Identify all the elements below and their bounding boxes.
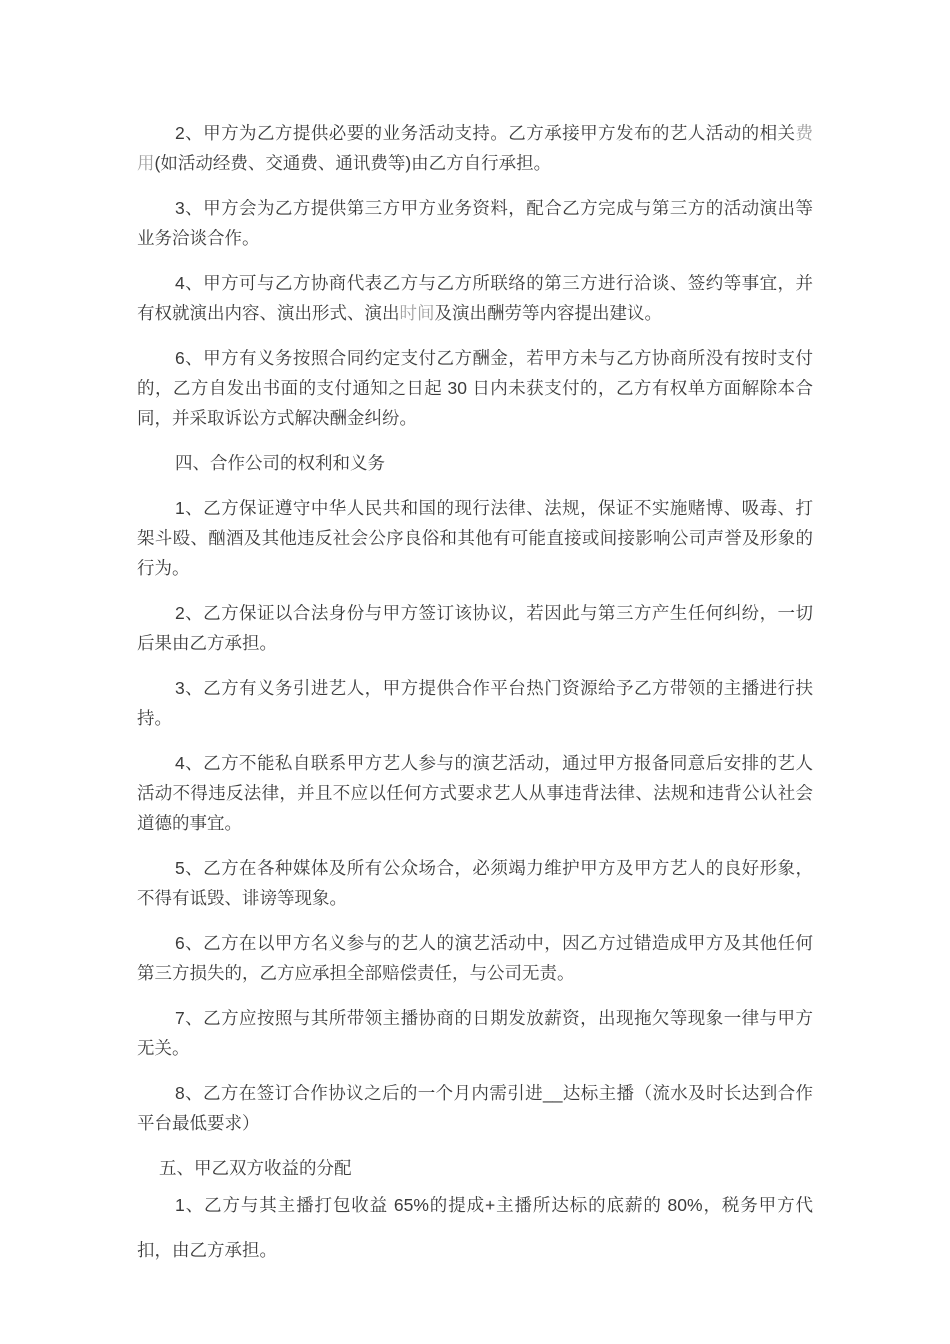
contract-paragraph: 2、乙方保证以合法身份与甲方签订该协议，若因此与第三方产生任何纠纷，一切后果由乙… [137, 598, 813, 658]
text-run: (如活动经费、交通费、通讯费等)由乙方自行承担。 [155, 153, 552, 173]
contract-paragraph: 1、乙方保证遵守中华人民共和国的现行法律、法规，保证不实施赌博、吸毒、打架斗殴、… [137, 493, 813, 583]
contract-paragraph: 5、乙方在各种媒体及所有公众场合，必须竭力维护甲方及甲方艺人的良好形象，不得有诋… [137, 853, 813, 913]
text-run: 6、甲方有义务按照合同约定支付乙方酬金，若甲方未与乙方协商所没有按时支付的，乙方… [137, 348, 813, 428]
contract-paragraph: 1、乙方与其主播打包收益 65%的提成+主播所达标的底薪的 80%，税务甲方代扣… [137, 1183, 813, 1273]
highlighted-term: 时间 [400, 303, 435, 323]
text-run: 8、乙方在签订合作协议之后的一个月内需引进__达标主播（流水及时长达到合作平台最… [137, 1083, 813, 1133]
contract-page: 2、甲方为乙方提供必要的业务活动支持。乙方承接甲方发布的艺人活动的相关费用(如活… [0, 0, 950, 1344]
section-heading: 五、甲乙双方收益的分配 [137, 1153, 813, 1183]
text-run: 3、乙方有义务引进艺人，甲方提供合作平台热门资源给予乙方带领的主播进行扶持。 [137, 678, 813, 728]
contract-paragraph: 7、乙方应按照与其所带领主播协商的日期发放薪资，出现拖欠等现象一律与甲方无关。 [137, 1003, 813, 1063]
text-run: 2、乙方保证以合法身份与甲方签订该协议，若因此与第三方产生任何纠纷，一切后果由乙… [137, 603, 813, 653]
text-run: 6、乙方在以甲方名义参与的艺人的演艺活动中，因乙方过错造成甲方及其他任何第三方损… [137, 933, 813, 983]
text-run: 1、乙方与其主播打包收益 65%的提成+主播所达标的底薪的 80%，税务甲方代扣… [137, 1195, 813, 1260]
text-run: 2、甲方为乙方提供必要的业务活动支持。乙方承接甲方发布的艺人活动的相关 [175, 123, 796, 143]
text-run: 7、乙方应按照与其所带领主播协商的日期发放薪资，出现拖欠等现象一律与甲方无关。 [137, 1008, 813, 1058]
text-run: 3、甲方会为乙方提供第三方甲方业务资料，配合乙方完成与第三方的活动演出等业务洽谈… [137, 198, 813, 248]
text-run: 及演出酬劳等内容提出建议。 [435, 303, 663, 323]
text-run: 四、合作公司的权利和义务 [175, 453, 385, 473]
contract-paragraph: 3、乙方有义务引进艺人，甲方提供合作平台热门资源给予乙方带领的主播进行扶持。 [137, 673, 813, 733]
contract-paragraph: 4、甲方可与乙方协商代表乙方与乙方所联络的第三方进行洽谈、签约等事宜，并有权就演… [137, 268, 813, 328]
contract-paragraph: 6、甲方有义务按照合同约定支付乙方酬金，若甲方未与乙方协商所没有按时支付的，乙方… [137, 343, 813, 433]
contract-paragraph: 6、乙方在以甲方名义参与的艺人的演艺活动中，因乙方过错造成甲方及其他任何第三方损… [137, 928, 813, 988]
contract-paragraph: 4、乙方不能私自联系甲方艺人参与的演艺活动，通过甲方报备同意后安排的艺人活动不得… [137, 748, 813, 838]
document-body: 2、甲方为乙方提供必要的业务活动支持。乙方承接甲方发布的艺人活动的相关费用(如活… [137, 118, 813, 1273]
section-heading: 四、合作公司的权利和义务 [137, 448, 813, 478]
text-run: 五、甲乙双方收益的分配 [159, 1158, 352, 1178]
contract-paragraph: 2、甲方为乙方提供必要的业务活动支持。乙方承接甲方发布的艺人活动的相关费用(如活… [137, 118, 813, 178]
contract-paragraph: 3、甲方会为乙方提供第三方甲方业务资料，配合乙方完成与第三方的活动演出等业务洽谈… [137, 193, 813, 253]
text-run: 5、乙方在各种媒体及所有公众场合，必须竭力维护甲方及甲方艺人的良好形象，不得有诋… [137, 858, 813, 908]
text-run: 4、乙方不能私自联系甲方艺人参与的演艺活动，通过甲方报备同意后安排的艺人活动不得… [137, 753, 813, 833]
contract-paragraph: 8、乙方在签订合作协议之后的一个月内需引进__达标主播（流水及时长达到合作平台最… [137, 1078, 813, 1138]
text-run: 1、乙方保证遵守中华人民共和国的现行法律、法规，保证不实施赌博、吸毒、打架斗殴、… [137, 498, 813, 578]
